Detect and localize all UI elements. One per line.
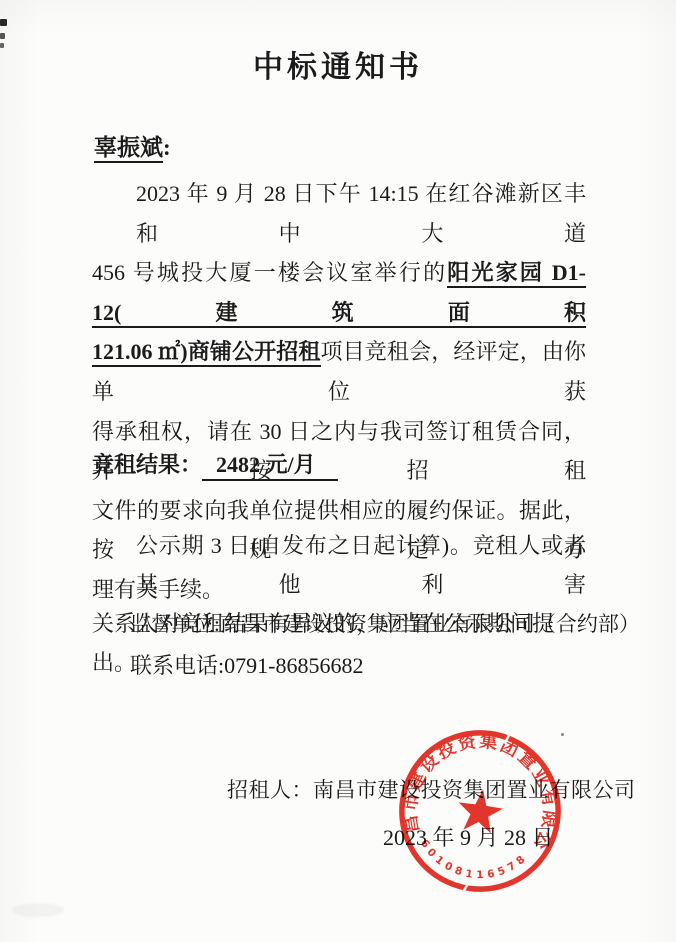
bid-result-value: 2482 元/月 [202,452,338,481]
scan-artifact [0,43,4,48]
addressee-name: 辜振斌 [94,135,163,163]
emphasized-project-text: 121.06 ㎡)商铺公开招租 [92,339,321,367]
official-seal-graphic: 南昌市建设投资集团置业有限公司 3601081165780 [396,727,564,895]
scanned-notice-document: 中标通知书 辜振斌: 2023 年 9 月 28 日下午 14:15 在红谷滩新… [0,0,676,942]
scan-artifact [0,19,7,26]
bid-result-line: 竞租结果：2482 元/月 [92,450,338,480]
body-line: 456 号城投大厦一楼会议室举行的阳光家园 D1-12(建筑面积 [92,253,586,332]
star-icon [455,786,505,834]
seal-company-arc-text: 南昌市建设投资集团置业有限公司 [396,727,564,856]
addressee-colon: : [163,135,171,160]
contact-phone-line: 联系电话:0791-86856682 [92,648,670,684]
supervisor-line: 监督单位:南昌市建设投资集团置业有限公司（合约部） [92,606,670,642]
scan-artifact [0,33,5,39]
official-seal-stamp: 南昌市建设投资集团置业有限公司 3601081165780 [396,727,564,895]
bid-result-label: 竞租结果： [92,452,202,477]
body-text: 456 号城投大厦一楼会议室举行的 [92,260,447,285]
addressee-line: 辜振斌: [94,133,171,163]
scan-artifact [12,903,64,917]
svg-text:南昌市建设投资集团置业有限公司: 南昌市建设投资集团置业有限公司 [396,727,564,856]
body-line: 公示期 3 日(自发布之日起计算)。竞租人或者其他利害 [92,526,586,604]
lessor-label: 招租人： [227,778,313,802]
body-line: 121.06 ㎡)商铺公开招租项目竞租会，经评定，由你单位获 [92,332,586,411]
body-line: 2023 年 9 月 28 日下午 14:15 在红谷滩新区丰和中大道 [92,174,586,253]
document-title: 中标通知书 [0,42,676,86]
